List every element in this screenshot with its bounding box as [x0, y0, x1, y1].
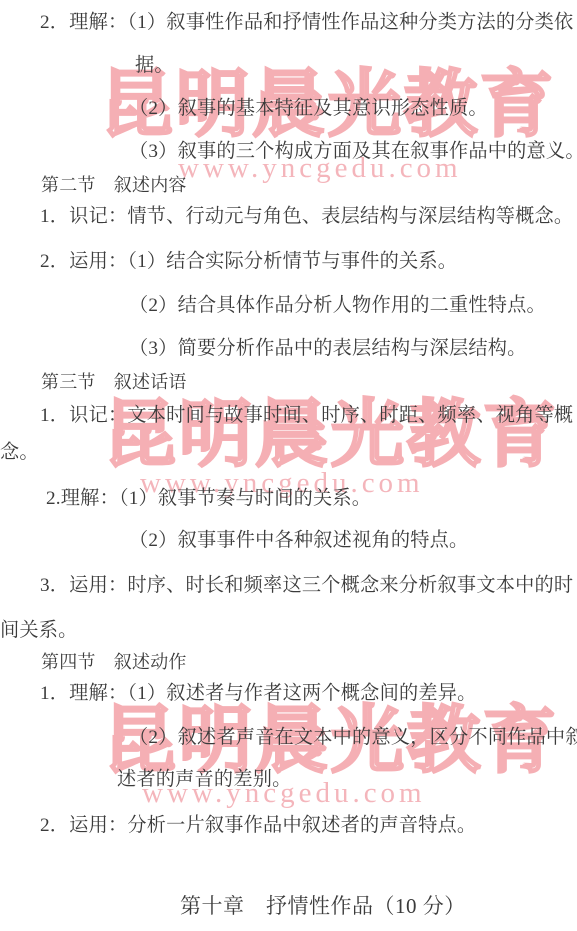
- doc-line: 据。: [135, 55, 174, 78]
- doc-line: 2．理解：（1）叙事性作品和抒情性作品这种分类方法的分类依: [40, 12, 573, 35]
- document-page: 昆明晨光教育 www.yncgedu.com 昆明晨光教育 www.yncged…: [0, 0, 577, 931]
- doc-line: 间关系。: [0, 620, 78, 643]
- section-heading: 第四节 叙述动作: [41, 652, 187, 673]
- section-heading: 第二节 叙述内容: [41, 175, 187, 196]
- doc-line: （2）叙事事件中各种叙述视角的特点。: [129, 530, 468, 553]
- doc-line: 述者的声音的差别。: [117, 769, 292, 792]
- doc-line: 2．运用：（1）结合实际分析情节与事件的关系。: [40, 251, 457, 274]
- doc-line: （3）简要分析作品中的表层结构与深层结构。: [129, 338, 527, 361]
- chapter-heading: 第十章 抒情性作品（10 分）: [180, 894, 466, 919]
- section-heading: 第三节 叙述话语: [41, 372, 187, 393]
- doc-line: 2.理解：（1）叙事节奏与时间的关系。: [46, 488, 371, 511]
- doc-line: 1．识记：情节、行动元与角色、表层结构与深层结构等概念。: [40, 206, 573, 229]
- doc-line: （3）叙事的三个构成方面及其在叙事作品中的意义。: [129, 141, 577, 164]
- document-text-layer: 2．理解：（1）叙事性作品和抒情性作品这种分类方法的分类依 据。 （2）叙事的基…: [0, 0, 577, 931]
- doc-line: 2．运用：分析一片叙事作品中叙述者的声音特点。: [40, 815, 476, 838]
- doc-line: （2）结合具体作品分析人物作用的二重性特点。: [129, 295, 546, 318]
- doc-line: 3．运用：时序、时长和频率这三个概念来分析叙事文本中的时: [40, 575, 573, 598]
- doc-line: （2）叙述者声音在文本中的意义，区分不同作品中叙: [129, 727, 577, 750]
- doc-line: 念。: [0, 442, 39, 465]
- doc-line: （2）叙事的基本特征及其意识形态性质。: [129, 98, 488, 121]
- doc-line: 1．识记：文本时间与故事时间、时序、时距、频率、视角等概: [40, 405, 573, 428]
- doc-line: 1．理解：（1）叙述者与作者这两个概念间的差异。: [40, 683, 477, 706]
